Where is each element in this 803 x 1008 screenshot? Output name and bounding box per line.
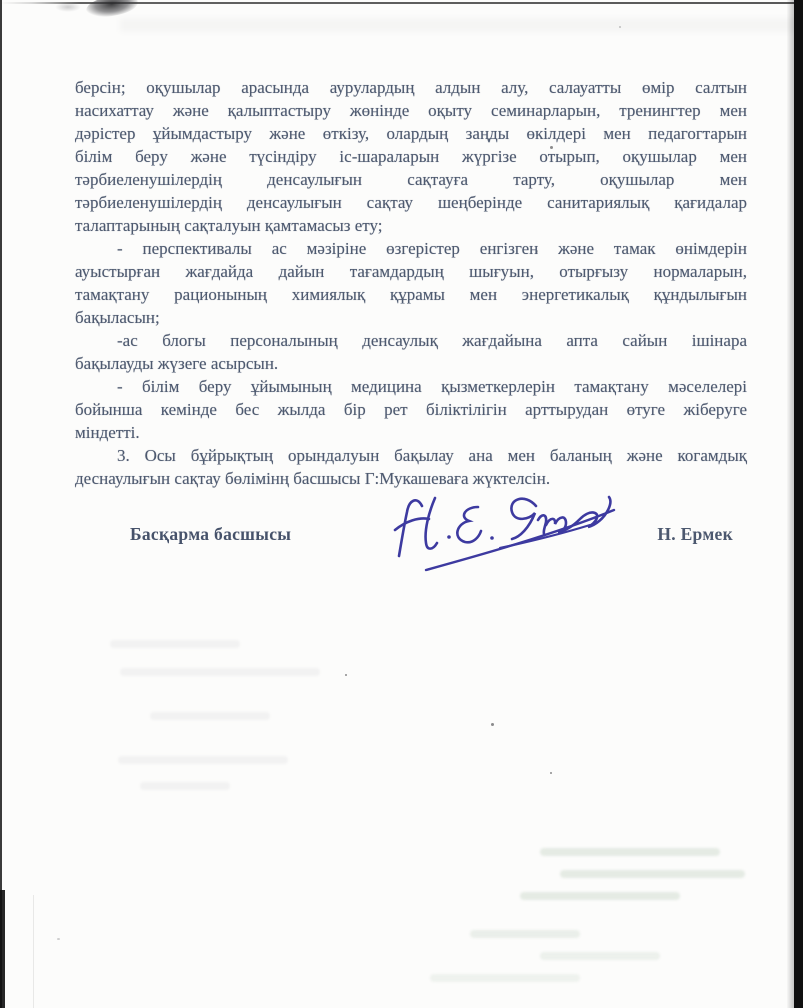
scan-right-edge-shadow [787,0,794,1008]
text-line: -ас блогы персоналының денсаулық жағдайы… [75,329,747,352]
paragraph: - білім беру ұйымының медицина қызметкер… [75,375,747,444]
text-line: бақыласын; [75,306,747,329]
signer-name: Н. Ермек [657,524,733,545]
scan-top-shadow [120,18,803,32]
bleedthrough-trace [520,892,680,900]
paragraph: берсін; оқушылар арасында аурулардың алд… [75,76,747,237]
text-line: талаптарының сақталуын қамтамасыз ету; [75,214,747,237]
paragraph: -ас блогы персоналының денсаулық жағдайы… [75,329,747,375]
text-line: тәрбиеленушілердің денсаулығын сақтауға … [75,168,747,191]
signer-position-title: Басқарма басшысы [130,524,291,545]
bleedthrough-trace [110,640,240,648]
text-line: насихаттау және қалыптастыру жөнінде оқы… [75,99,747,122]
text-line: бойынша кемінде бес жылда бір рет білікт… [75,398,747,421]
scan-speck [57,938,60,940]
text-line: - перспективалы ас мәзіріне өзгерістер е… [75,237,747,260]
text-line: ауыстырған жағдайда дайын тағамдардың шы… [75,260,747,283]
scan-left-edge [0,0,2,1008]
scanned-document-page: берсін; оқушылар арасында аурулардың алд… [0,0,803,1008]
scan-left-edge-lower [0,890,5,1008]
bleedthrough-trace [470,930,580,938]
scan-ink-smudge [85,0,139,19]
text-line: - білім беру ұйымының медицина қызметкер… [75,375,747,398]
document-body: берсін; оқушылар арасында аурулардың алд… [75,76,747,490]
bleedthrough-trace [120,668,320,676]
bleedthrough-trace [140,782,230,790]
scan-smudge-echo [55,2,81,12]
bleedthrough-trace [560,870,745,878]
text-line: бақылауды жүзеге асырсын. [75,352,747,375]
bleedthrough-trace [540,952,660,960]
scan-speck [619,26,621,28]
scan-speck [345,674,347,676]
text-line: берсін; оқушылар арасында аурулардың алд… [75,76,747,99]
scan-fold-line [33,895,34,1008]
bleedthrough-trace [540,848,720,856]
text-line: тамақтану рационының химиялық құрамы мен… [75,283,747,306]
bleedthrough-trace [118,756,288,764]
bleedthrough-trace [150,712,270,720]
scan-speck [550,772,552,774]
scan-speck [491,723,494,726]
text-line: тәрбиеленушілердің денсаулығын сақтау ше… [75,191,747,214]
scan-right-edge [794,0,803,1008]
handwritten-signature-icon [388,480,626,582]
text-line: міндетті. [75,421,747,444]
text-line: дәрістер ұйымдастыру және өткізу, оларды… [75,122,747,145]
bleedthrough-trace [430,974,580,982]
text-line: білім беру және түсіндіру іс-шараларын ж… [75,145,747,168]
paragraph: - перспективалы ас мәзіріне өзгерістер е… [75,237,747,329]
text-line: 3. Осы бұйрықтың орындалуын бақылау ана … [75,444,747,467]
